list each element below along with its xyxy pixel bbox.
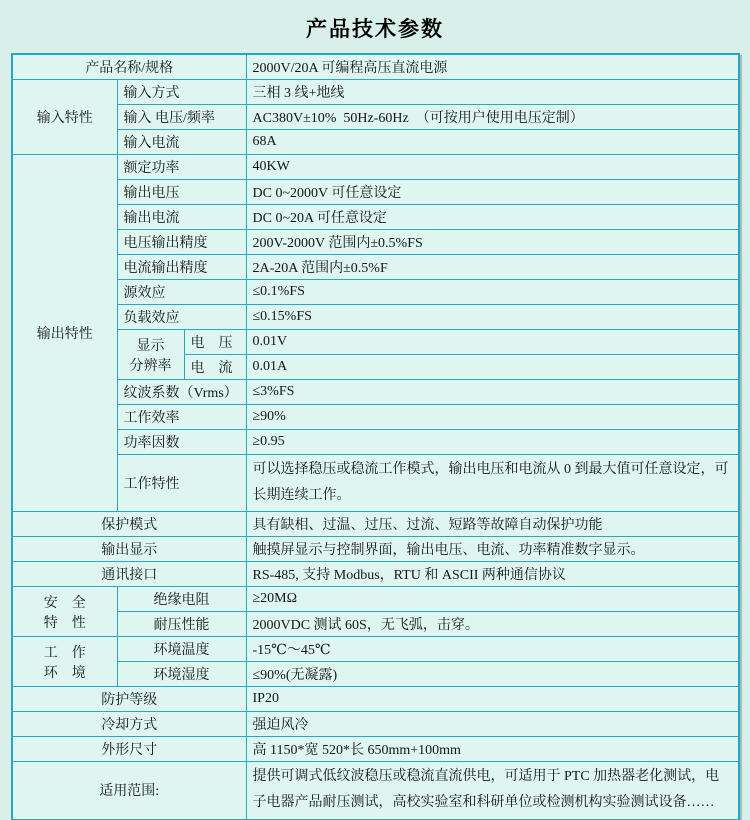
row-value-insulation: ≥20MΩ	[246, 587, 739, 612]
row-value-resolution-voltage: 0.01V	[246, 330, 739, 355]
row-value-output-current: DC 0~20A 可任意设定	[246, 205, 739, 230]
row-value-dimensions: 高 1150*宽 520*长 650mm+100mm	[246, 737, 739, 762]
row-value-rated-power: 40KW	[246, 155, 739, 180]
table-row: 功率因数 ≥0.95	[12, 430, 739, 455]
section-label-output: 输出特性	[12, 155, 117, 512]
row-value-application: 提供可调式低纹波稳压或稳流直流供电，可适用于 PTC 加热器老化测试，电子电器产…	[246, 762, 739, 820]
table-row: 通讯接口 RS-485, 支持 Modbus，RTU 和 ASCII 两种通信协…	[12, 562, 739, 587]
row-value-output-display: 触摸屏显示与控制界面，输出电压、电流、功率精准数字显示。	[246, 537, 739, 562]
table-row: 纹波系数（Vrms） ≤3%FS	[12, 380, 739, 405]
table-row: 输入电流 68A	[12, 130, 739, 155]
row-value-efficiency: ≥90%	[246, 405, 739, 430]
table-row: 工作特性 可以选择稳压或稳流工作模式，输出电压和电流从 0 到最大值可任意设定，…	[12, 455, 739, 512]
row-label-product-name: 产品名称/规格	[12, 54, 246, 80]
row-label-work-character: 工作特性	[117, 455, 246, 512]
row-label-current-accuracy: 电流输出精度	[117, 255, 246, 280]
row-value-temperature: -15℃～45℃	[246, 637, 739, 662]
display-resolution-label-line1: 显示	[124, 335, 178, 355]
table-row: 工 作 环 境 环境温度 -15℃～45℃	[12, 637, 739, 662]
row-label-application: 适用范围:	[12, 762, 246, 820]
table-row: 源效应 ≤0.1%FS	[12, 280, 739, 305]
section-label-safety: 安 全 特 性	[12, 587, 117, 637]
environment-label-line2: 环 境	[19, 662, 111, 682]
row-label-output-current: 输出电流	[117, 205, 246, 230]
row-value-resolution-current: 0.01A	[246, 355, 739, 380]
table-row: 显示 分辨率 电 压 0.01V	[12, 330, 739, 355]
safety-label-line2: 特 性	[19, 612, 111, 632]
row-value-work-character: 可以选择稳压或稳流工作模式，输出电压和电流从 0 到最大值可任意设定，可长期连续…	[246, 455, 739, 512]
table-row: 保护模式 具有缺相、过温、过压、过流、短路等故障自动保护功能	[12, 512, 739, 537]
row-value-input-current: 68A	[246, 130, 739, 155]
row-label-voltage-accuracy: 电压输出精度	[117, 230, 246, 255]
row-label-input-mode: 输入方式	[117, 80, 246, 105]
table-row: 负载效应 ≤0.15%FS	[12, 305, 739, 330]
table-row: 冷却方式 强迫风冷	[12, 712, 739, 737]
table-row: 输出显示 触摸屏显示与控制界面，输出电压、电流、功率精准数字显示。	[12, 537, 739, 562]
display-resolution-label-line2: 分辨率	[124, 355, 178, 375]
section-label-environment: 工 作 环 境	[12, 637, 117, 687]
page: 产品技术参数 产品名称/规格 2000V/20A 可编程高压直流电源 输入特性 …	[0, 0, 750, 820]
page-title: 产品技术参数	[0, 0, 750, 53]
row-label-dimensions: 外形尺寸	[12, 737, 246, 762]
row-value-protection: 具有缺相、过温、过压、过流、短路等故障自动保护功能	[246, 512, 739, 537]
environment-label-line1: 工 作	[19, 642, 111, 662]
row-label-efficiency: 工作效率	[117, 405, 246, 430]
row-label-power-factor: 功率因数	[117, 430, 246, 455]
table-row: 电流输出精度 2A-20A 范围内±0.5%F	[12, 255, 739, 280]
row-label-temperature: 环境温度	[117, 637, 246, 662]
row-value-voltage-accuracy: 200V-2000V 范围内±0.5%FS	[246, 230, 739, 255]
row-value-current-accuracy: 2A-20A 范围内±0.5%F	[246, 255, 739, 280]
row-value-input-voltage-freq: AC380V±10% 50Hz-60Hz （可按用户使用电压定制）	[246, 105, 739, 130]
row-label-comm-interface: 通讯接口	[12, 562, 246, 587]
row-label-cooling: 冷却方式	[12, 712, 246, 737]
row-label-load-effect: 负载效应	[117, 305, 246, 330]
row-label-display-resolution: 显示 分辨率	[117, 330, 184, 380]
table-row: 产品名称/规格 2000V/20A 可编程高压直流电源	[12, 54, 739, 80]
table-row: 电压输出精度 200V-2000V 范围内±0.5%FS	[12, 230, 739, 255]
row-label-source-effect: 源效应	[117, 280, 246, 305]
table-row: 外形尺寸 高 1150*宽 520*长 650mm+100mm	[12, 737, 739, 762]
row-label-insulation: 绝缘电阻	[117, 587, 246, 612]
row-value-input-mode: 三相 3 线+地线	[246, 80, 739, 105]
row-value-load-effect: ≤0.15%FS	[246, 305, 739, 330]
row-value-source-effect: ≤0.1%FS	[246, 280, 739, 305]
table-row: 安 全 特 性 绝缘电阻 ≥20MΩ	[12, 587, 739, 612]
spec-table: 产品名称/规格 2000V/20A 可编程高压直流电源 输入特性 输入方式 三相…	[11, 53, 740, 820]
table-row: 适用范围: 提供可调式低纹波稳压或稳流直流供电，可适用于 PTC 加热器老化测试…	[12, 762, 739, 820]
row-value-withstand: 2000VDC 测试 60S，无飞弧，击穿。	[246, 612, 739, 637]
table-row: 防护等级 IP20	[12, 687, 739, 712]
table-row: 环境湿度 ≤90%(无凝露)	[12, 662, 739, 687]
row-value-power-factor: ≥0.95	[246, 430, 739, 455]
table-row: 工作效率 ≥90%	[12, 405, 739, 430]
table-row: 输入特性 输入方式 三相 3 线+地线	[12, 80, 739, 105]
row-label-withstand: 耐压性能	[117, 612, 246, 637]
row-label-output-voltage: 输出电压	[117, 180, 246, 205]
table-row: 耐压性能 2000VDC 测试 60S，无飞弧，击穿。	[12, 612, 739, 637]
row-label-resolution-current: 电 流	[184, 355, 246, 380]
row-value-output-voltage: DC 0~2000V 可任意设定	[246, 180, 739, 205]
safety-label-line1: 安 全	[19, 592, 111, 612]
table-row: 输入 电压/频率 AC380V±10% 50Hz-60Hz （可按用户使用电压定…	[12, 105, 739, 130]
row-label-ip-rating: 防护等级	[12, 687, 246, 712]
row-value-humidity: ≤90%(无凝露)	[246, 662, 739, 687]
row-label-rated-power: 额定功率	[117, 155, 246, 180]
section-label-input: 输入特性	[12, 80, 117, 155]
row-label-input-current: 输入电流	[117, 130, 246, 155]
row-value-product-name: 2000V/20A 可编程高压直流电源	[246, 54, 739, 80]
row-label-resolution-voltage: 电 压	[184, 330, 246, 355]
row-value-cooling: 强迫风冷	[246, 712, 739, 737]
row-value-ripple: ≤3%FS	[246, 380, 739, 405]
row-label-input-voltage-freq: 输入 电压/频率	[117, 105, 246, 130]
row-label-ripple: 纹波系数（Vrms）	[117, 380, 246, 405]
table-row: 输出特性 额定功率 40KW	[12, 155, 739, 180]
row-label-humidity: 环境湿度	[117, 662, 246, 687]
row-value-ip-rating: IP20	[246, 687, 739, 712]
row-label-protection: 保护模式	[12, 512, 246, 537]
row-label-output-display: 输出显示	[12, 537, 246, 562]
row-value-comm-interface: RS-485, 支持 Modbus，RTU 和 ASCII 两种通信协议	[246, 562, 739, 587]
table-row: 输出电流 DC 0~20A 可任意设定	[12, 205, 739, 230]
table-row: 输出电压 DC 0~2000V 可任意设定	[12, 180, 739, 205]
